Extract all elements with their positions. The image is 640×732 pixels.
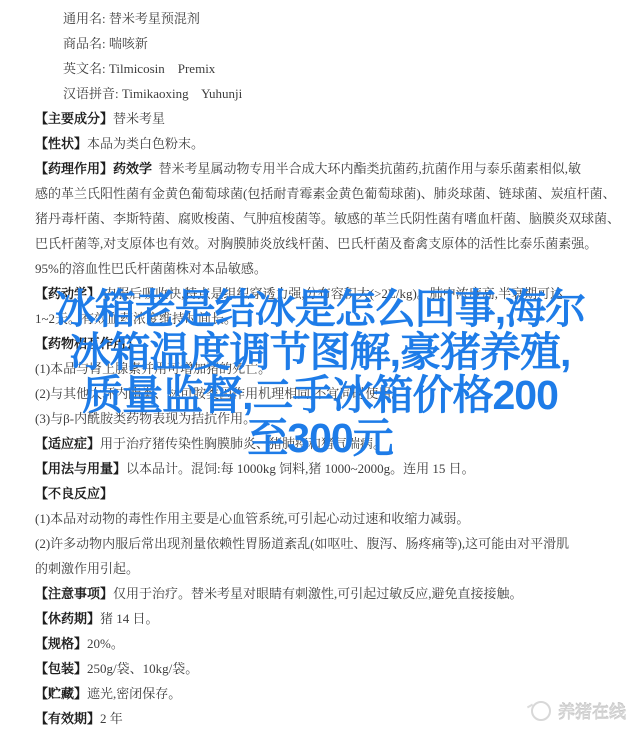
adverse-item-2-cont: 的刺激作用引起。	[35, 556, 621, 581]
overlay-headline-line[interactable]: 至300元	[0, 417, 640, 460]
adverse-item-2: (2)许多动物内服后常出现剂量依赖性胃肠道紊乱(如呕吐、腹泻、肠疼痛等),这可能…	[35, 531, 621, 556]
overlay-headline-link[interactable]: 冰箱老是结冰是怎么回事,海尔 冰箱温度调节图解,豪猪养殖, 质量监督,二手冰箱价…	[0, 288, 640, 460]
section-packaging: 【包装】250g/袋、10kg/袋。	[35, 656, 621, 681]
field-value: Timikaoxing Yuhunji	[119, 86, 243, 101]
adverse-item-1: (1)本品对动物的毒性作用主要是心血管系统,可引起心动过速和收缩力减弱。	[35, 506, 621, 531]
section-precautions: 【注意事项】仅用于治疗。替米考星对眼睛有刺激性,可引起过敏反应,避免直接接触。	[35, 581, 621, 606]
field-label: 英文名:	[63, 61, 106, 76]
section-main-ingredient: 【主要成分】替米考星	[35, 106, 621, 131]
overlay-headline-line[interactable]: 冰箱老是结冰是怎么回事,海尔	[0, 288, 640, 331]
section-adverse-reactions: 【不良反应】	[35, 481, 621, 506]
pharmacology-line: 95%的溶血性巴氏杆菌菌株对本品敏感。	[35, 256, 621, 281]
section-withdrawal-period: 【休药期】猪 14 日。	[35, 606, 621, 631]
field-label: 通用名:	[63, 11, 106, 26]
section-pharmacology: 【药理作用】药效学 替米考星属动物专用半合成大环内酯类抗菌药,抗菌作用与泰乐菌素…	[35, 156, 621, 181]
field-value: 替米考星预混剂	[106, 11, 200, 26]
field-label: 商品名:	[63, 36, 106, 51]
field-label: 汉语拼音:	[63, 86, 119, 101]
site-watermark: 养猪在线	[531, 698, 626, 723]
section-specification: 【规格】20%。	[35, 631, 621, 656]
field-trade-name: 商品名: 喘咳新	[35, 31, 621, 56]
field-generic-name: 通用名: 替米考星预混剂	[35, 6, 621, 31]
field-value: 喘咳新	[106, 36, 148, 51]
field-english-name: 英文名: Tilmicosin Premix	[35, 56, 621, 81]
watermark-text: 养猪在线	[558, 698, 626, 723]
field-pinyin: 汉语拼音: Timikaoxing Yuhunji	[35, 81, 621, 106]
overlay-headline-line[interactable]: 冰箱温度调节图解,豪猪养殖,	[0, 331, 640, 374]
pig-site-logo-icon	[531, 701, 551, 721]
pharmacology-line: 感的革兰氏阳性菌有金黄色葡萄球菌(包括耐青霉素金黄色葡萄球菌)、肺炎球菌、链球菌…	[35, 181, 621, 206]
pharmacology-line: 猪丹毒杆菌、李斯特菌、腐败梭菌、气肿疽梭菌等。敏感的革兰氏阴性菌有嗜血杆菌、脑膜…	[35, 206, 621, 231]
field-value: Tilmicosin Premix	[106, 61, 216, 76]
section-description: 【性状】本品为类白色粉末。	[35, 131, 621, 156]
overlay-headline-line[interactable]: 质量监督,二手冰箱价格200	[0, 374, 640, 417]
pharmacology-line: 巴氏杆菌等,对支原体也有效。对胸膜肺炎放线杆菌、巴氏杆菌及畜禽支原体的活性比泰乐…	[35, 231, 621, 256]
